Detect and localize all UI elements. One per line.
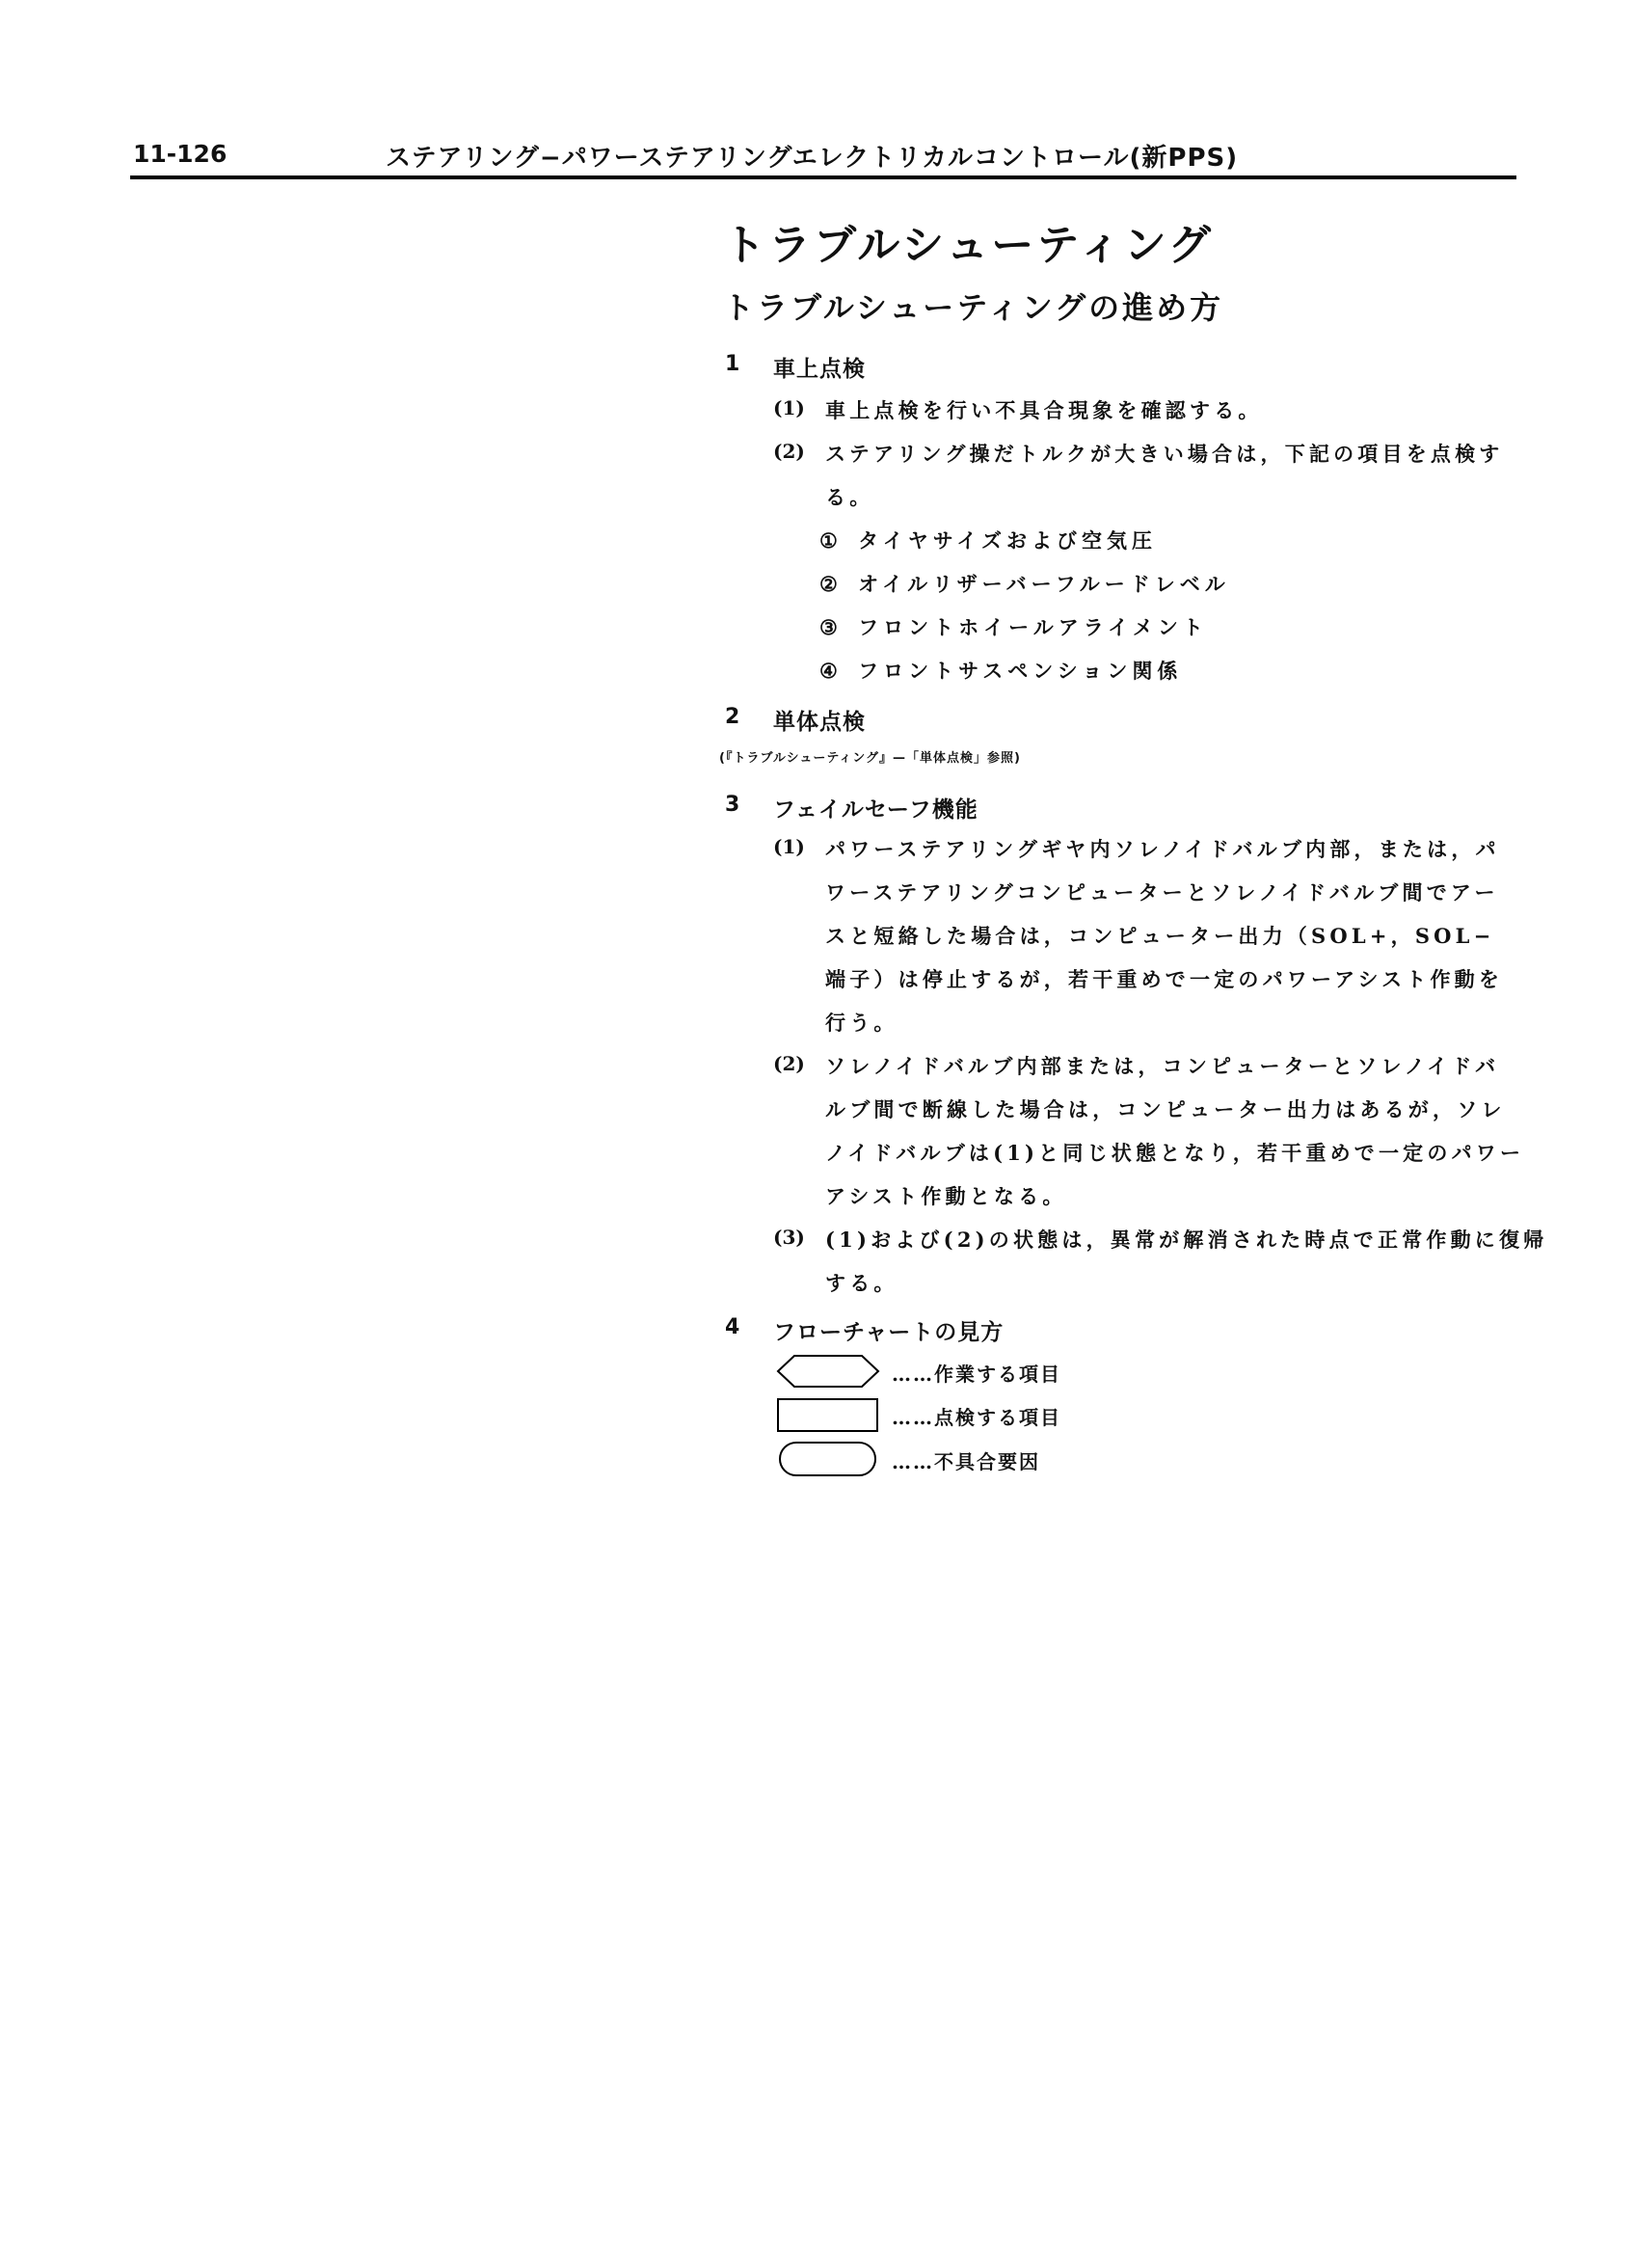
item-text: ノイドバルブは(1)と同じ状態となり，若干重めで一定のパワー <box>825 1138 1524 1167</box>
section-title: フローチャートの見方 <box>773 1314 1004 1346</box>
item-label: (2) <box>773 1052 805 1075</box>
page-subtitle: トラブルシューティングの進め方 <box>723 283 1223 328</box>
circled-number-3: ③ <box>819 615 843 639</box>
item-text: アシスト作動となる。 <box>825 1181 1067 1210</box>
item-text: る。 <box>825 482 873 511</box>
circled-number-1: ① <box>819 528 843 553</box>
section-number: 1 <box>725 352 739 376</box>
legend-label: ……作業する項目 <box>892 1359 1061 1387</box>
check-list-text: フロントホイールアライメント <box>858 615 1208 639</box>
section-number: 2 <box>725 705 739 729</box>
item-text: (1)および(2)の状態は，異常が解消された時点で正常作動に復帰 <box>825 1225 1547 1254</box>
item-text: ステアリング操だトルクが大きい場合は，下記の項目を点検す <box>825 439 1504 468</box>
check-list-text: フロントサスペンション関係 <box>858 659 1182 683</box>
item-text: パワーステアリングギヤ内ソレノイドバルブ内部，または，パ <box>825 834 1500 863</box>
check-list-item: ③ フロントホイールアライメント <box>819 612 1208 641</box>
reference-note: (『トラブルシューティング』—「単体点検」参照) <box>719 747 1021 766</box>
item-text: 車上点検を行い不具合現象を確認する。 <box>825 395 1263 424</box>
item-text: 行う。 <box>825 1008 898 1037</box>
circled-number-4: ④ <box>819 659 843 683</box>
section-number: 4 <box>725 1315 739 1339</box>
check-list-item: ① タイヤサイズおよび空気圧 <box>819 526 1157 554</box>
check-list-item: ② オイルリザーバーフルードレベル <box>819 569 1230 598</box>
legend-label: ……点検する項目 <box>892 1402 1061 1430</box>
section-title: 車上点検 <box>773 351 866 383</box>
section-title: 単体点検 <box>773 704 866 736</box>
check-list-text: タイヤサイズおよび空気圧 <box>858 528 1157 553</box>
item-label: (2) <box>773 440 805 463</box>
rounded-oval-icon <box>779 1442 877 1476</box>
item-text: ルブ間で断線した場合は，コンピューター出力はあるが，ソレ <box>825 1094 1506 1123</box>
circled-number-2: ② <box>819 572 843 596</box>
page-number: 11-126 <box>133 140 227 168</box>
item-label: (3) <box>773 1226 805 1249</box>
rectangle-icon <box>777 1398 879 1432</box>
section-number: 3 <box>725 793 739 817</box>
item-label: (1) <box>773 835 805 858</box>
legend-label: ……不具合要因 <box>892 1446 1040 1474</box>
chapter-title: ステアリング−パワーステアリングエレクトリカルコントロール(新PPS) <box>386 138 1238 174</box>
item-text: 端子）は停止するが，若干重めで一定のパワーアシスト作動を <box>825 964 1503 993</box>
item-text: ソレノイドバルブ内部または，コンピューターとソレノイドバ <box>825 1051 1499 1080</box>
item-text: スと短絡した場合は，コンピューター出力（SOL+，SOL− <box>825 921 1494 950</box>
check-list-item: ④ フロントサスペンション関係 <box>819 656 1182 685</box>
check-list-text: オイルリザーバーフルードレベル <box>858 572 1230 596</box>
section-title: フェイルセーフ機能 <box>773 792 978 823</box>
hexagon-icon <box>777 1355 879 1388</box>
item-text: ワーステアリングコンピューターとソレノイドバルブ間でアー <box>825 877 1499 906</box>
item-text: する。 <box>825 1268 898 1297</box>
item-label: (1) <box>773 396 805 419</box>
page-title: トラブルシューティング <box>723 210 1214 272</box>
header-divider <box>130 175 1516 179</box>
